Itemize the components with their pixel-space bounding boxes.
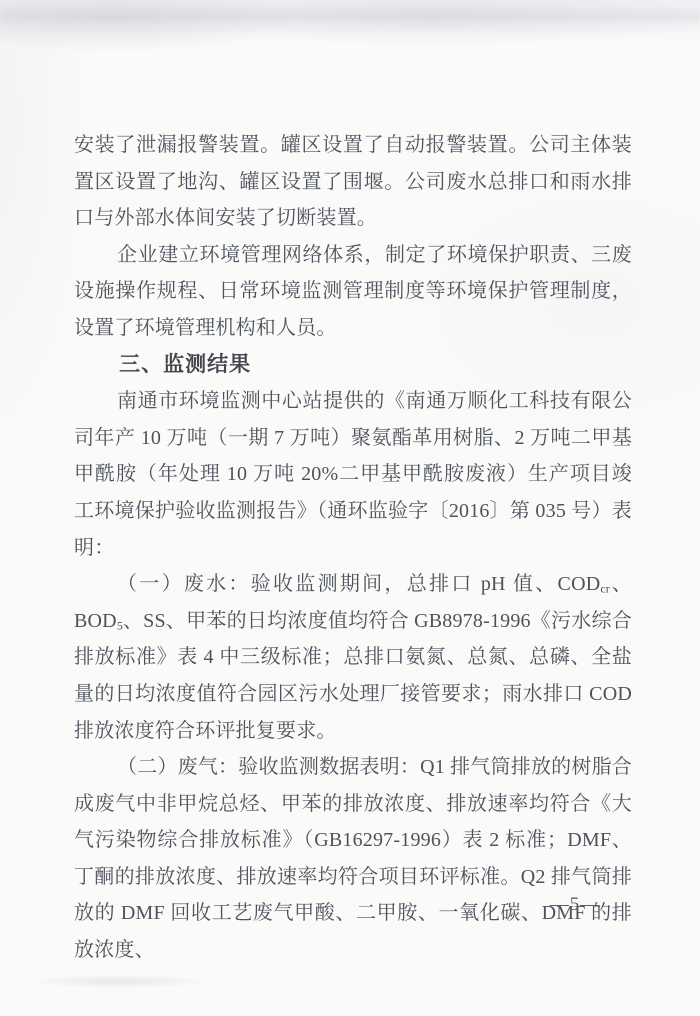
text-run: （一）废水：验收监测期间，总排口 pH 值、COD bbox=[117, 573, 600, 595]
scanned-document-page: 安装了泄漏报警装置。罐区设置了自动报警装置。公司主体装置区设置了地沟、罐区设置了… bbox=[0, 0, 700, 1016]
scan-artifact-top-shadow bbox=[0, 6, 700, 32]
text-run: 安装了泄漏报警装置。罐区设置了自动报警装置。公司主体装置区设置了地沟、罐区设置了… bbox=[74, 134, 632, 229]
document-body: 安装了泄漏报警装置。罐区设置了自动报警装置。公司主体装置区设置了地沟、罐区设置了… bbox=[74, 127, 632, 969]
text-run: 南通市环境监测中心站提供的《南通万顺化工科技有限公司年产 10 万吨（一期 7 … bbox=[74, 390, 632, 558]
paragraph-monitoring-report: 南通市环境监测中心站提供的《南通万顺化工科技有限公司年产 10 万吨（一期 7 … bbox=[74, 383, 632, 566]
subscript-text: cr bbox=[600, 582, 609, 596]
text-run: （二）废气：验收监测数据表明：Q1 排气筒排放的树脂合成废气中非甲烷总烃、甲苯的… bbox=[74, 756, 632, 961]
page-number: —5— bbox=[530, 894, 620, 916]
text-run: 企业建立环境管理网络体系，制定了环境保护职责、三废设施操作规程、日常环境监测管理… bbox=[74, 244, 632, 339]
paragraph-management-system: 企业建立环境管理网络体系，制定了环境保护职责、三废设施操作规程、日常环境监测管理… bbox=[74, 237, 632, 347]
paragraph-wastewater: （一）废水：验收监测期间，总排口 pH 值、CODcr、BOD5、SS、甲苯的日… bbox=[74, 566, 632, 749]
paragraph-exhaust-gas: （二）废气：验收监测数据表明：Q1 排气筒排放的树脂合成废气中非甲烷总烃、甲苯的… bbox=[74, 749, 632, 969]
section-heading-monitoring-results: 三、监测结果 bbox=[74, 347, 632, 384]
paragraph-safety-devices: 安装了泄漏报警装置。罐区设置了自动报警装置。公司主体装置区设置了地沟、罐区设置了… bbox=[74, 127, 632, 237]
text-run: 、SS、甲苯的日均浓度值均符合 GB8978-1996《污水综合排放标准》表 4… bbox=[74, 610, 632, 742]
text-run: 三、监测结果 bbox=[119, 353, 251, 376]
